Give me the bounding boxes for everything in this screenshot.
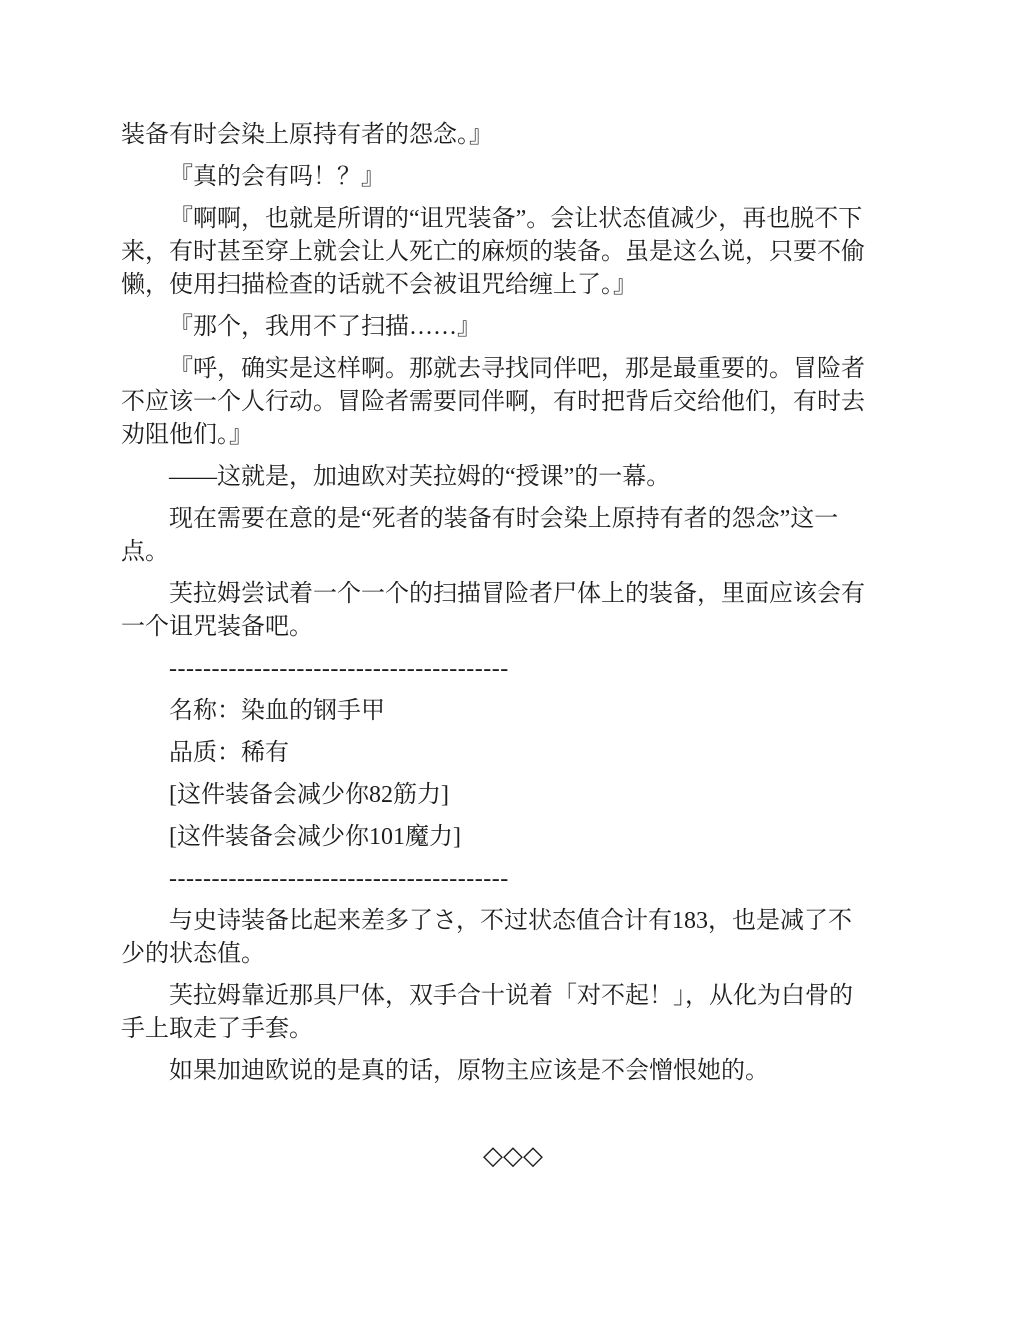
- paragraph: 如果加迪欧说的是真的话，原物主应该是不会憎恨她的。: [121, 1055, 905, 1088]
- scene-break: ◇◇◇: [121, 1139, 905, 1172]
- paragraph: 『啊啊，也就是所谓的“诅咒装备”。会让状态值减少，再也脱不下来，有时甚至穿上就会…: [121, 203, 905, 302]
- text-line: 品质：稀有: [121, 737, 905, 770]
- separator-line: ----------------------------------------: [121, 653, 905, 686]
- separator-line: ----------------------------------------: [121, 863, 905, 896]
- text-line: 一个诅咒装备吧。: [121, 611, 905, 644]
- paragraph: 『呼，确实是这样啊。那就去寻找同伴吧，那是最重要的。冒险者不应该一个人行动。冒险…: [121, 353, 905, 452]
- text-line: 手上取走了手套。: [121, 1013, 905, 1046]
- text-line: 懒，使用扫描检查的话就不会被诅咒给缠上了。』: [121, 269, 905, 302]
- paragraph: ——这就是，加迪欧对芙拉姆的“授课”的一幕。: [121, 461, 905, 494]
- text-line: 『呼，确实是这样啊。那就去寻找同伴吧，那是最重要的。冒险者: [121, 353, 905, 386]
- paragraph: 『那个，我用不了扫描……』: [121, 311, 905, 344]
- text-line: 『那个，我用不了扫描……』: [121, 311, 905, 344]
- text-line: 芙拉姆靠近那具尸体，双手合十说着「对不起！」，从化为白骨的: [121, 980, 905, 1013]
- text-line: ----------------------------------------: [121, 863, 905, 896]
- text-line: 来，有时甚至穿上就会让人死亡的麻烦的装备。虽是这么说，只要不偷: [121, 236, 905, 269]
- item-card-line: [这件装备会减少你82筋力]: [121, 779, 905, 812]
- text-line: 装备有时会染上原持有者的怨念。』: [121, 119, 905, 152]
- item-card-line: 品质：稀有: [121, 737, 905, 770]
- text-line: ——这就是，加迪欧对芙拉姆的“授课”的一幕。: [121, 461, 905, 494]
- paragraph: 装备有时会染上原持有者的怨念。』: [121, 119, 905, 152]
- text-line: 点。: [121, 536, 905, 569]
- text-line: 名称：染血的钢手甲: [121, 695, 905, 728]
- text-line: 劝阻他们。』: [121, 419, 905, 452]
- text-line: 『啊啊，也就是所谓的“诅咒装备”。会让状态值减少，再也脱不下: [121, 203, 905, 236]
- text-line: [这件装备会减少你101魔力]: [121, 821, 905, 854]
- text-line: 现在需要在意的是“死者的装备有时会染上原持有者的怨念”这一: [121, 503, 905, 536]
- text-line: 如果加迪欧说的是真的话，原物主应该是不会憎恨她的。: [121, 1055, 905, 1088]
- paragraph: 『真的会有吗！？』: [121, 161, 905, 194]
- text-line: 少的状态值。: [121, 938, 905, 971]
- novel-text: 装备有时会染上原持有者的怨念。』『真的会有吗！？』『啊啊，也就是所谓的“诅咒装备…: [121, 119, 905, 1181]
- text-line: 『真的会有吗！？』: [121, 161, 905, 194]
- text-line: 与史诗装备比起来差多了さ，不过状态值合计有183，也是减了不: [121, 905, 905, 938]
- paragraph: 与史诗装备比起来差多了さ，不过状态值合计有183，也是减了不少的状态值。: [121, 905, 905, 971]
- paragraph: 芙拉姆尝试着一个一个的扫描冒险者尸体上的装备，里面应该会有一个诅咒装备吧。: [121, 578, 905, 644]
- blank-line: [121, 1097, 905, 1130]
- text-line: [这件装备会减少你82筋力]: [121, 779, 905, 812]
- paragraph: 现在需要在意的是“死者的装备有时会染上原持有者的怨念”这一点。: [121, 503, 905, 569]
- text-line: [121, 1097, 905, 1130]
- text-line: 不应该一个人行动。冒险者需要同伴啊，有时把背后交给他们，有时去: [121, 386, 905, 419]
- text-line: ◇◇◇: [121, 1139, 905, 1172]
- item-card-line: [这件装备会减少你101魔力]: [121, 821, 905, 854]
- item-card-line: 名称：染血的钢手甲: [121, 695, 905, 728]
- text-line: 芙拉姆尝试着一个一个的扫描冒险者尸体上的装备，里面应该会有: [121, 578, 905, 611]
- document-page: 装备有时会染上原持有者的怨念。』『真的会有吗！？』『啊啊，也就是所谓的“诅咒装备…: [0, 0, 1020, 1320]
- text-line: ----------------------------------------: [121, 653, 905, 686]
- paragraph: 芙拉姆靠近那具尸体，双手合十说着「对不起！」，从化为白骨的手上取走了手套。: [121, 980, 905, 1046]
